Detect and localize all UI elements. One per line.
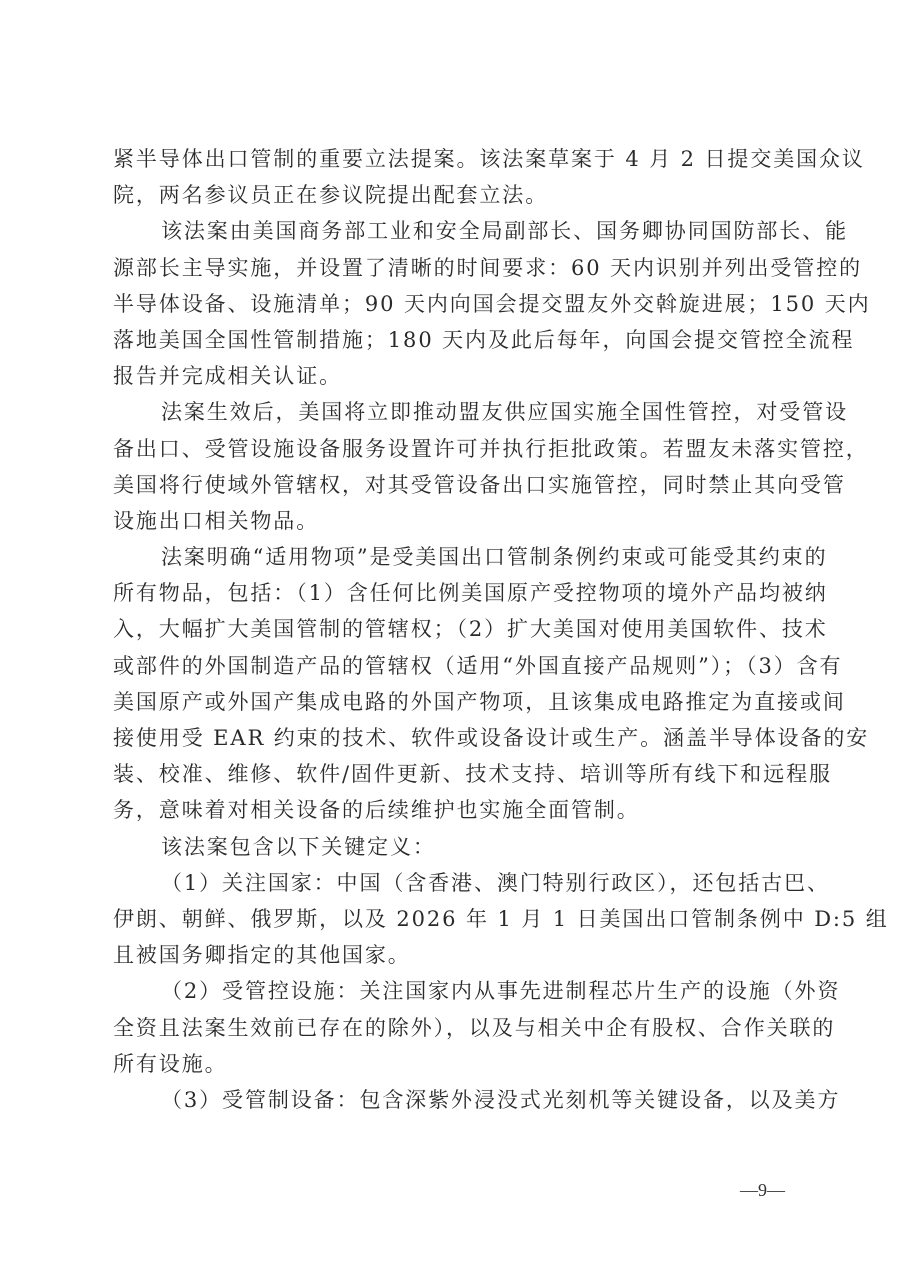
text-line: 所有物品，包括：（1）含任何比例美国原产受控物项的境外产品均被纳 (113, 575, 793, 611)
paragraph-start-line: 法案生效后，美国将立即推动盟友供应国实施全国性管控，对受管设 (113, 394, 793, 430)
text-line: 或部件的外国制造产品的管辖权（适用“外国直接产品规则”）；（3）含有 (113, 648, 793, 684)
text-line: 报告并完成相关认证。 (113, 358, 793, 394)
paragraph-start-line: 法案明确“适用物项”是受美国出口管制条例约束或可能受其约束的 (113, 539, 793, 575)
definition-item-3: （3）受管制设备：包含深紫外浸没式光刻机等关键设备，以及美方 (113, 1082, 793, 1118)
text-line: 所有设施。 (113, 1046, 793, 1082)
page-number: —9— (740, 1180, 785, 1201)
document-body: 紧半导体出口管制的重要立法提案。该法案草案于 4 月 2 日提交美国众议 院，两… (113, 141, 793, 1118)
text-line: 备出口、受管设施设备服务设置许可并执行拒批政策。若盟友未落实管控， (113, 431, 793, 467)
text-line: 美国原产或外国产集成电路的外国产物项，且该集成电路推定为直接或间 (113, 684, 793, 720)
text-line: 全资且法案生效前已存在的除外），以及与相关中企有股权、合作关联的 (113, 1010, 793, 1046)
text-line: 装、校准、维修、软件/固件更新、技术支持、培训等所有线下和远程服 (113, 756, 793, 792)
text-line: 源部长主导实施，并设置了清晰的时间要求：60 天内识别并列出受管控的 (113, 250, 793, 286)
text-line: 美国将行使域外管辖权，对其受管设备出口实施管控，同时禁止其向受管 (113, 467, 793, 503)
paragraph-start-line: 该法案包含以下关键定义： (113, 829, 793, 865)
definition-item-2: （2）受管控设施：关注国家内从事先进制程芯片生产的设施（外资 (113, 973, 793, 1009)
text-line: 务，意味着对相关设备的后续维护也实施全面管制。 (113, 792, 793, 828)
text-line: 且被国务卿指定的其他国家。 (113, 937, 793, 973)
text-line: 落地美国全国性管制措施；180 天内及此后每年，向国会提交管控全流程 (113, 322, 793, 358)
text-line: 接使用受 EAR 约束的技术、软件或设备设计或生产。涵盖半导体设备的安 (113, 720, 793, 756)
text-line: 院，两名参议员正在参议院提出配套立法。 (113, 177, 793, 213)
text-line: 设施出口相关物品。 (113, 503, 793, 539)
text-line: 伊朗、朝鲜、俄罗斯，以及 2026 年 1 月 1 日美国出口管制条例中 D:5… (113, 901, 793, 937)
definition-item-1: （1）关注国家：中国（含香港、澳门特别行政区），还包括古巴、 (113, 865, 793, 901)
text-line: 紧半导体出口管制的重要立法提案。该法案草案于 4 月 2 日提交美国众议 (113, 141, 793, 177)
text-line: 入，大幅扩大美国管制的管辖权；（2）扩大美国对使用美国软件、技术 (113, 611, 793, 647)
paragraph-start-line: 该法案由美国商务部工业和安全局副部长、国务卿协同国防部长、能 (113, 213, 793, 249)
text-line: 半导体设备、设施清单；90 天内向国会提交盟友外交斡旋进展；150 天内 (113, 286, 793, 322)
